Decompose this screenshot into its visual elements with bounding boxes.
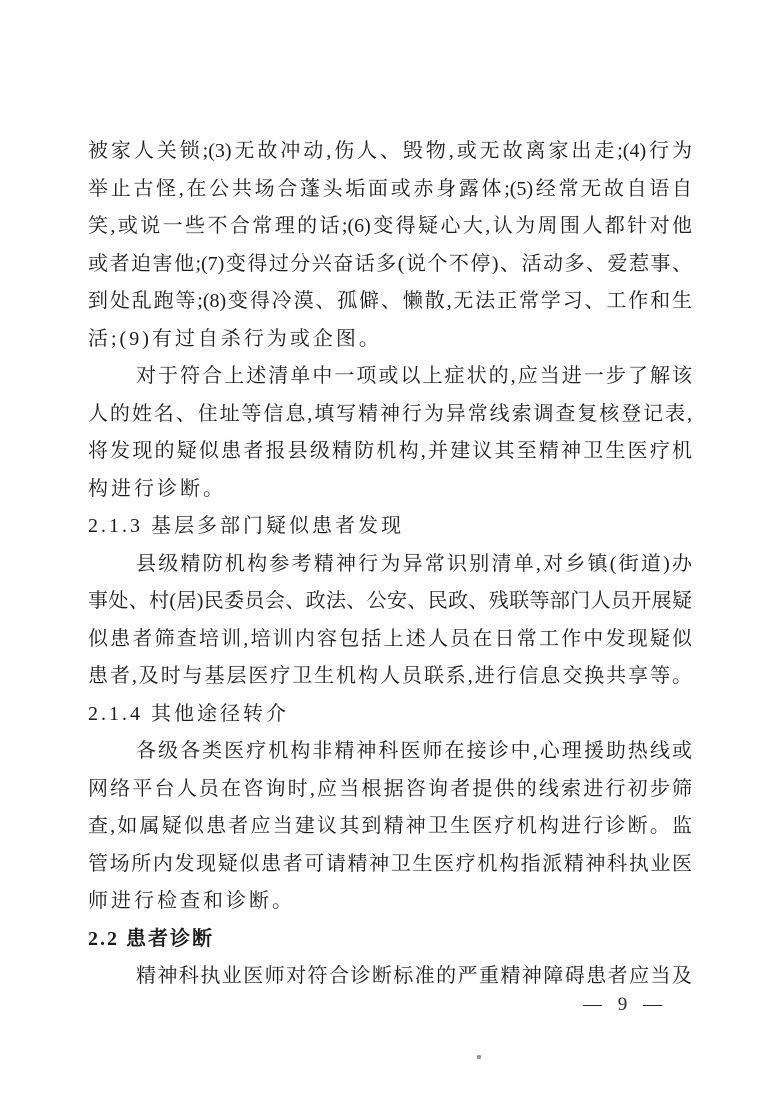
text-line: 患者,及时与基层医疗卫生机构人员联系,进行信息交换共享等。 (88, 658, 692, 696)
text-line: 人的姓名、住址等信息,填写精神行为异常线索调查复核登记表, (88, 396, 692, 434)
text-line: 各级各类医疗机构非精神科医师在接诊中,心理援助热线或 (88, 733, 692, 771)
text-line: 举止古怪,在公共场合蓬头垢面或赤身露体;(5)经常无故自语自 (88, 171, 692, 209)
text-line: 似患者筛查培训,培训内容包括上述人员在日常工作中发现疑似 (88, 621, 692, 659)
text-line: 笑,或说一些不合常理的话;(6)变得疑心大,认为周围人都针对他 (88, 208, 692, 246)
page-number: — 9 — (550, 990, 696, 1020)
text-line: 对于符合上述清单中一项或以上症状的,应当进一步了解该 (88, 358, 692, 396)
text-line: 查,如属疑似患者应当建议其到精神卫生医疗机构进行诊断。监 (88, 808, 692, 846)
text-line: 或者迫害他;(7)变得过分兴奋话多(说个不停)、活动多、爱惹事、 (88, 246, 692, 284)
text-line: 构进行诊断。 (88, 471, 692, 509)
document-content: 被家人关锁;(3)无故冲动,伤人、毁物,或无故离家出走;(4)行为举止古怪,在公… (88, 133, 692, 996)
text-line: 管场所内发现疑似患者可请精神卫生医疗机构指派精神科执业医 (88, 846, 692, 884)
text-line: 师进行检查和诊断。 (88, 883, 692, 921)
text-line: 网络平台人员在咨询时,应当根据咨询者提供的线索进行初步筛 (88, 771, 692, 809)
text-line: 将发现的疑似患者报县级精防机构,并建议其至精神卫生医疗机 (88, 433, 692, 471)
section-heading: 2.2 患者诊断 (88, 921, 692, 959)
text-line: 到处乱跑等;(8)变得冷漠、孤僻、懒散,无法正常学习、工作和生 (88, 283, 692, 321)
text-line: 县级精防机构参考精神行为异常识别清单,对乡镇(街道)办 (88, 546, 692, 584)
scan-speck-artifact (477, 1055, 481, 1059)
text-line: 被家人关锁;(3)无故冲动,伤人、毁物,或无故离家出走;(4)行为 (88, 133, 692, 171)
text-line: 活;(9)有过自杀行为或企图。 (88, 321, 692, 359)
document-page: 被家人关锁;(3)无故冲动,伤人、毁物,或无故离家出走;(4)行为举止古怪,在公… (0, 0, 783, 1117)
section-heading: 2.1.3 基层多部门疑似患者发现 (88, 508, 692, 546)
text-line: 事处、村(居)民委员会、政法、公安、民政、残联等部门人员开展疑 (88, 583, 692, 621)
section-heading: 2.1.4 其他途径转介 (88, 696, 692, 734)
